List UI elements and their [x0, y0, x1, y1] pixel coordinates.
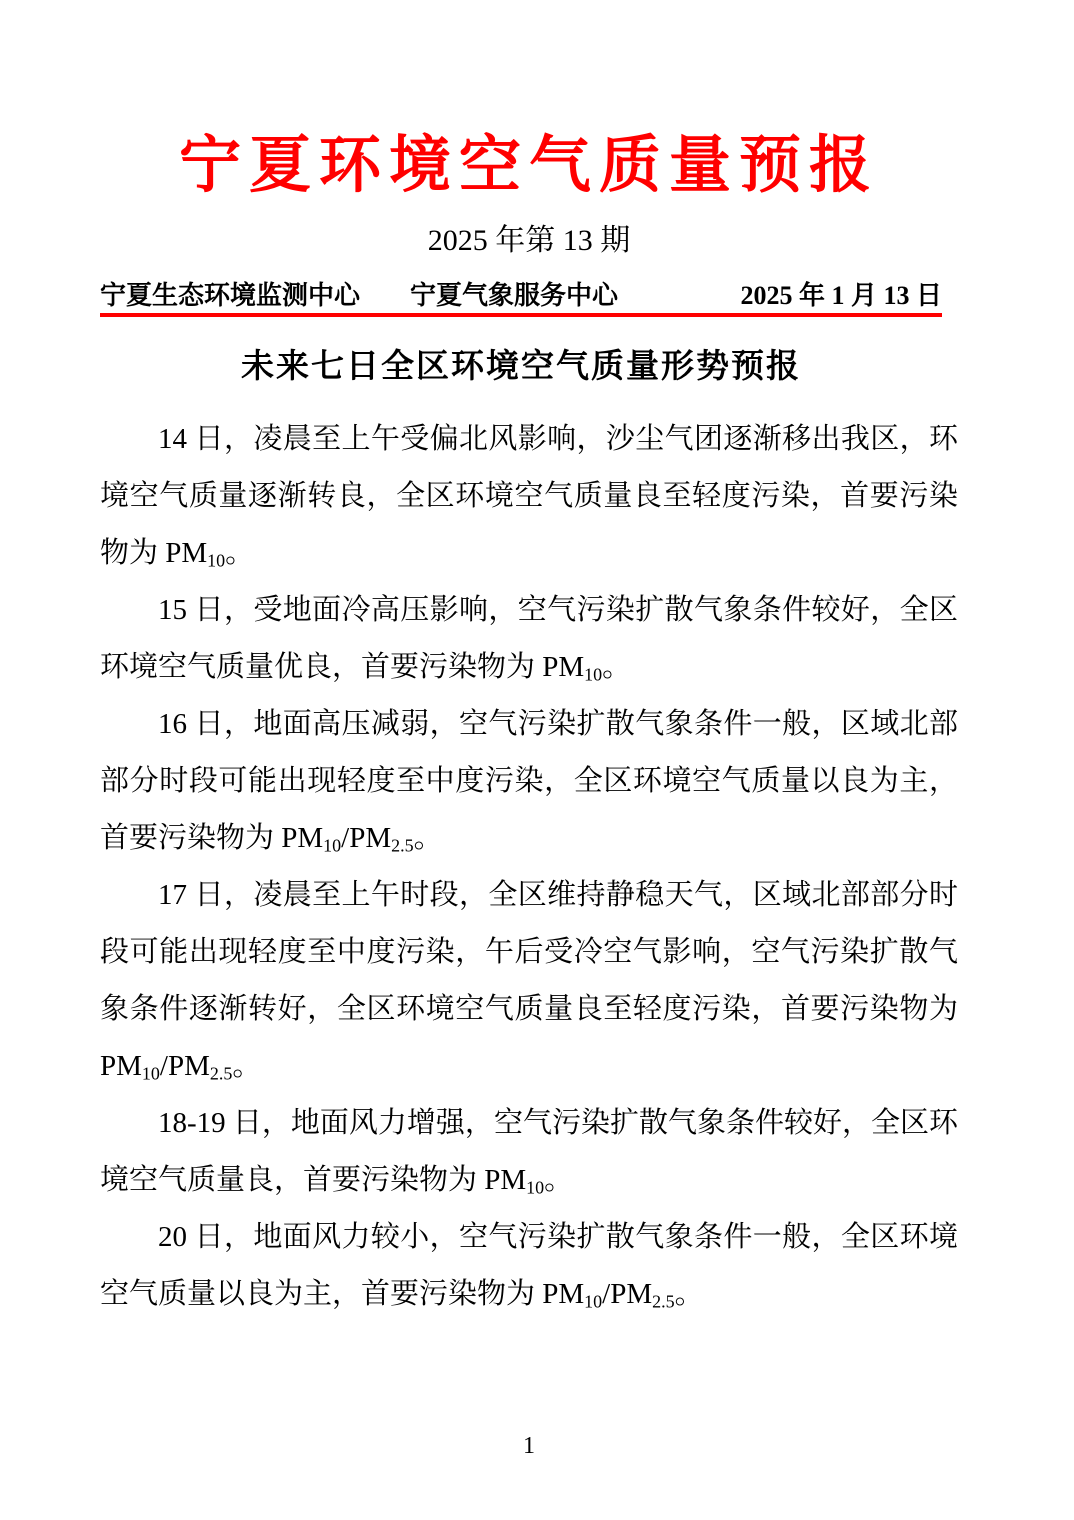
forecast-paragraph: 16 日，地面高压减弱，空气污染扩散气象条件一般，区域北部部分时段可能出现轻度至…: [100, 696, 958, 867]
pollutant-subscript: 2.5: [210, 1063, 232, 1083]
pollutant-subscript: 10: [142, 1063, 160, 1083]
page-number: 1: [0, 1434, 1058, 1458]
pollutant-subscript: 10: [526, 1177, 544, 1197]
publish-date: 2025 年 1 月 13 日: [740, 282, 942, 310]
forecast-paragraph: 18-19 日，地面风力增强，空气污染扩散气象条件较好，全区环境空气质量良，首要…: [100, 1095, 958, 1209]
issue-number: 2025 年第 13 期: [100, 222, 958, 260]
pollutant-subscript: 2.5: [391, 835, 413, 855]
pollutant-subscript: 2.5: [652, 1291, 674, 1311]
document-title: 宁夏环境空气质量预报: [100, 128, 958, 204]
pollutant-subscript: 10: [207, 550, 225, 570]
issuing-org-monitoring-center: 宁夏生态环境监测中心: [100, 282, 360, 310]
forecast-paragraph: 14 日，凌晨至上午受偏北风影响，沙尘气团逐渐移出我区，环境空气质量逐渐转良，全…: [100, 411, 958, 582]
forecast-paragraph: 17 日，凌晨至上午时段，全区维持静稳天气，区域北部部分时段可能出现轻度至中度污…: [100, 867, 958, 1095]
pollutant-subscript: 10: [584, 664, 602, 684]
document-page: 宁夏环境空气质量预报 2025 年第 13 期 宁夏生态环境监测中心 宁夏气象服…: [0, 0, 1074, 1520]
pollutant-subscript: 10: [584, 1291, 602, 1311]
forecast-paragraph: 20 日，地面风力较小，空气污染扩散气象条件一般，全区环境空气质量以良为主，首要…: [100, 1209, 958, 1323]
section-title: 未来七日全区环境空气质量形势预报: [100, 345, 942, 389]
header-divider-rule: [100, 313, 942, 317]
forecast-body: 14 日，凌晨至上午受偏北风影响，沙尘气团逐渐移出我区，环境空气质量逐渐转良，全…: [100, 411, 958, 1323]
header-meta-row: 宁夏生态环境监测中心 宁夏气象服务中心 2025 年 1 月 13 日: [100, 282, 942, 310]
forecast-paragraph: 15 日，受地面冷高压影响，空气污染扩散气象条件较好，全区环境空气质量优良，首要…: [100, 582, 958, 696]
issuing-org-meteorological-center: 宁夏气象服务中心: [410, 282, 618, 310]
pollutant-subscript: 10: [323, 835, 341, 855]
